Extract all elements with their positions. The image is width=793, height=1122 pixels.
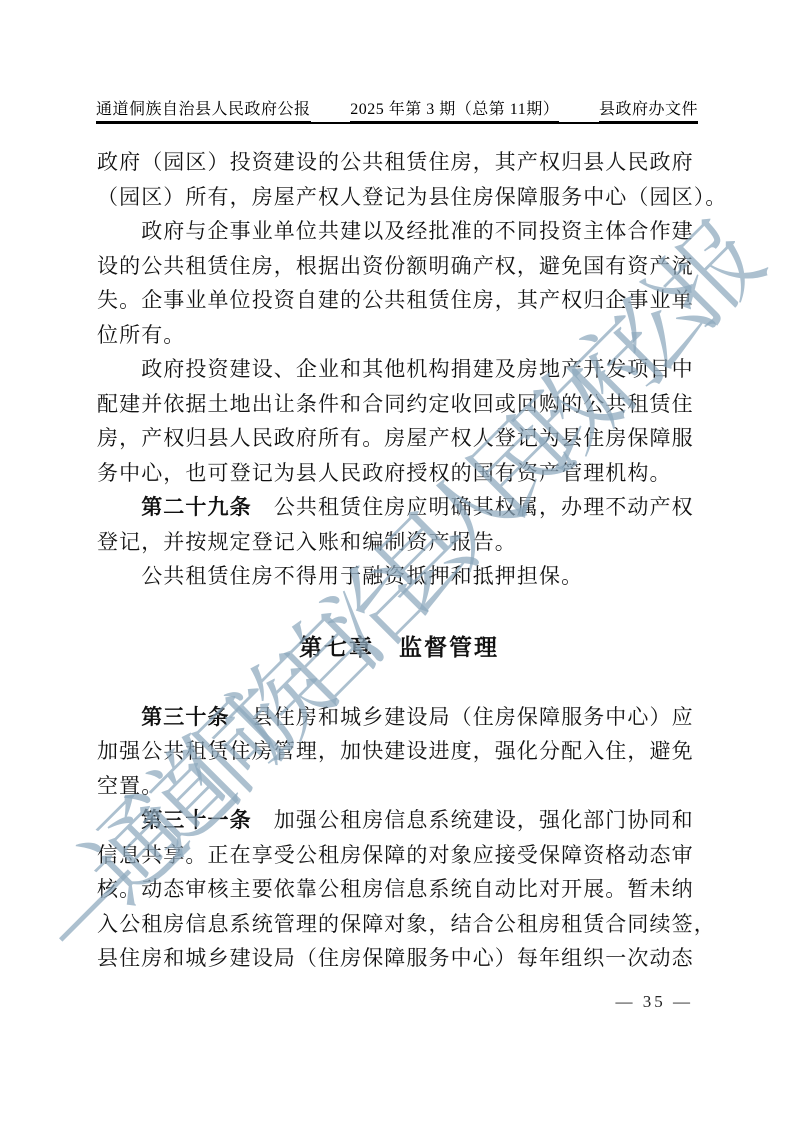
- body-line-article-29: 第二十九条 公共租赁住房应明确其权属，办理不动产权: [97, 490, 701, 525]
- document-body: 政府（园区）投资建设的公共租赁住房，其产权归县人民政府 （园区）所有，房屋产权人…: [97, 145, 701, 976]
- body-line: 配建并依据土地出让条件和合同约定收回或回购的公共租赁住: [97, 387, 701, 422]
- body-line: 失。企事业单位投资自建的公共租赁住房，其产权归企事业单: [97, 283, 701, 318]
- body-line: 公共租赁住房不得用于融资抵押和抵押担保。: [97, 559, 701, 594]
- header-publication-title: 通道侗族自治县人民政府公报: [96, 96, 311, 122]
- body-line: 县住房和城乡建设局（住房保障服务中心）每年组织一次动态: [97, 941, 701, 976]
- body-line: 位所有。: [97, 318, 701, 353]
- body-line: 政府（园区）投资建设的公共租赁住房，其产权归县人民政府: [97, 145, 701, 180]
- body-line: 核。动态审核主要依靠公租房信息系统自动比对开展。暂未纳: [97, 872, 701, 907]
- body-line: 信息共享。正在享受公租房保障的对象应接受保障资格动态审: [97, 838, 701, 873]
- body-line: 入公租房信息系统管理的保障对象，结合公租房租赁合同续签，: [97, 907, 701, 942]
- body-line: （园区）所有，房屋产权人登记为县住房保障服务中心（园区）。: [97, 180, 701, 215]
- body-line: 房，产权归县人民政府所有。房屋产权人登记为县住房保障服: [97, 421, 701, 456]
- body-line-article-30: 第三十条 县住房和城乡建设局（住房保障服务中心）应: [97, 700, 701, 735]
- body-line: 务中心，也可登记为县人民政府授权的国有资产管理机构。: [97, 456, 701, 491]
- body-line: 空置。: [97, 769, 701, 804]
- body-line: 登记，并按规定登记入账和编制资产报告。: [97, 525, 701, 560]
- body-line: 加强公共租赁住房管理，加快建设进度，强化分配入住，避免: [97, 734, 701, 769]
- body-line: 设的公共租赁住房，根据出资份额明确产权，避免国有资产流: [97, 249, 701, 284]
- body-line-article-31: 第三十一条 加强公租房信息系统建设，强化部门协同和: [97, 803, 701, 838]
- header-issue-info: 2025 年第 3 期（总第 11期）: [350, 96, 559, 122]
- body-line: 政府投资建设、企业和其他机构捐建及房地产开发项目中: [97, 352, 701, 387]
- chapter-heading: 第七章 监督管理: [97, 630, 701, 664]
- header-document-category: 县政府办文件: [599, 96, 698, 122]
- page-number: — 35 —: [616, 992, 694, 1012]
- page-header: 通道侗族自治县人民政府公报 2025 年第 3 期（总第 11期） 县政府办文件: [96, 98, 698, 124]
- gazette-page: 通道侗族自治县人民政府公报 2025 年第 3 期（总第 11期） 县政府办文件…: [0, 0, 793, 1122]
- body-line: 政府与企事业单位共建以及经批准的不同投资主体合作建: [97, 214, 701, 249]
